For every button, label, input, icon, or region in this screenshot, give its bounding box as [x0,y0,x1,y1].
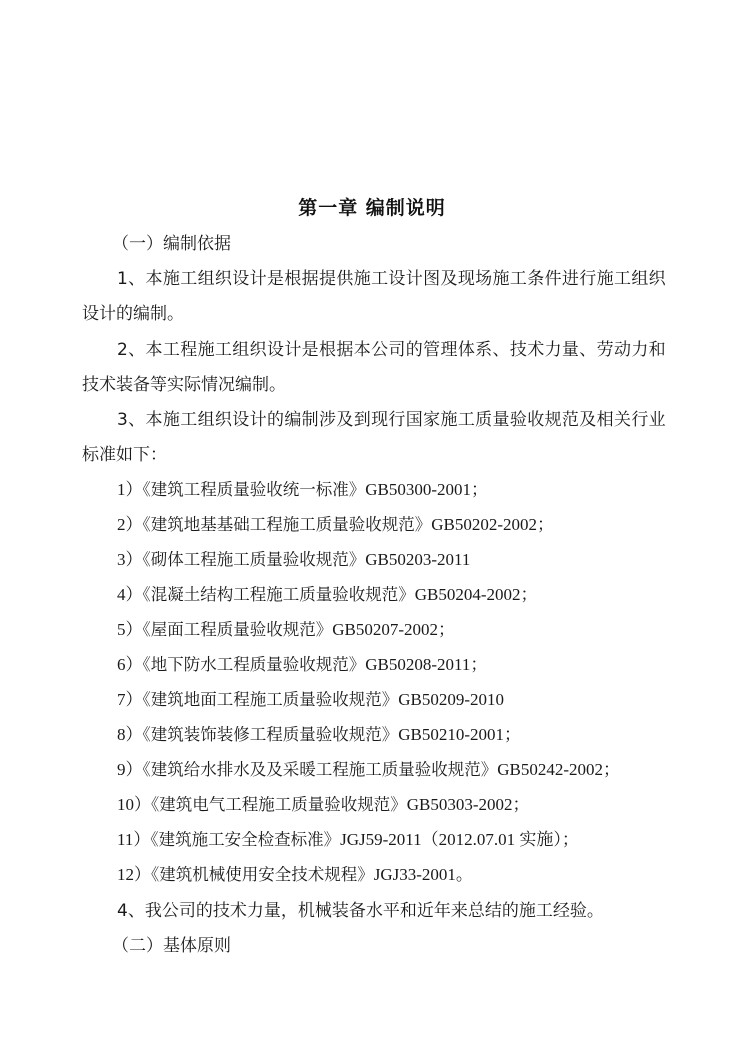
standard-number: 12） [117,865,151,884]
standard-code: GB50203-2011 [365,550,470,569]
standard-item: 5）《屋面工程质量验收规范》GB50207-2002； [117,617,717,643]
standard-number: 6） [117,655,143,674]
standard-number: 4） [117,585,143,604]
standard-name: 《屋面工程质量验收规范》 [143,620,333,639]
standard-code: GB50300-2001； [365,480,488,499]
standard-code: GB50209-2010 [398,690,504,709]
standard-item: 4）《混凝土结构工程施工质量验收规范》GB50204-2002； [117,582,717,608]
standard-name: 《混凝土结构工程施工质量验收规范》 [143,585,415,604]
standard-code: GB50210-2001； [398,725,521,744]
standard-name: 《建筑施工安全检查标准》 [150,830,340,849]
paragraph-4: 4、我公司的技术力量，机械装备水平和近年来总结的施工经验。 [117,898,717,924]
standard-code: GB50303-2002； [407,795,530,814]
standard-number: 1） [117,480,143,499]
section-heading-principles: （二）基体原则 [112,933,712,959]
standard-number: 9） [117,760,143,779]
standard-code: GB50242-2002； [497,760,620,779]
standard-name: 《建筑装饰装修工程质量验收规范》 [143,725,399,744]
standard-code: JGJ33-2001。 [374,865,473,884]
standard-number: 10） [117,795,151,814]
standard-number: 11） [117,830,150,849]
standard-code: GB50208-2011； [365,655,487,674]
standard-code: GB50207-2002； [332,620,455,639]
standard-item: 10）《建筑电气工程施工质量验收规范》GB50303-2002； [117,792,717,818]
standard-code: JGJ59-2011（2012.07.01 实施）； [340,830,579,849]
standard-item: 6）《地下防水工程质量验收规范》GB50208-2011； [117,652,717,678]
standard-item: 9）《建筑给水排水及及采暖工程施工质量验收规范》GB50242-2002； [117,757,717,783]
section-heading-basis: （一）编制依据 [112,231,712,257]
standard-number: 3） [117,550,143,569]
standard-name: 《砌体工程施工质量验收规范》 [143,550,366,569]
standard-item: 1）《建筑工程质量验收统一标准》GB50300-2001； [117,477,717,503]
paragraph-3-line-2: 标准如下： [82,442,682,468]
standard-item: 7）《建筑地面工程施工质量验收规范》GB50209-2010 [117,687,717,713]
standard-item: 2）《建筑地基基础工程施工质量验收规范》GB50202-2002； [117,512,717,538]
standard-number: 5） [117,620,143,639]
paragraph-2-line-1: 2、本工程施工组织设计是根据本公司的管理体系、技术力量、劳动力和 [117,337,717,363]
standard-name: 《建筑给水排水及及采暖工程施工质量验收规范》 [143,760,498,779]
standard-code: GB50204-2002； [415,585,538,604]
chapter-title: 第一章 编制说明 [0,194,744,222]
paragraph-1-line-1: 1、本施工组织设计是根据提供施工设计图及现场施工条件进行施工组织 [117,266,717,292]
standard-name: 《建筑地面工程施工质量验收规范》 [143,690,399,709]
standard-name: 《地下防水工程质量验收规范》 [143,655,366,674]
standard-number: 2） [117,515,143,534]
paragraph-2-line-2: 技术装备等实际情况编制。 [82,372,682,398]
paragraph-1-line-2: 设计的编制。 [82,301,682,327]
standard-item: 3）《砌体工程施工质量验收规范》GB50203-2011 [117,547,717,573]
standard-name: 《建筑工程质量验收统一标准》 [143,480,366,499]
standard-item: 8）《建筑装饰装修工程质量验收规范》GB50210-2001； [117,722,717,748]
paragraph-3-line-1: 3、本施工组织设计的编制涉及到现行国家施工质量验收规范及相关行业 [117,407,717,433]
standard-name: 《建筑地基基础工程施工质量验收规范》 [143,515,432,534]
standard-item: 12）《建筑机械使用安全技术规程》JGJ33-2001。 [117,862,717,888]
standard-name: 《建筑电气工程施工质量验收规范》 [151,795,407,814]
standard-number: 8） [117,725,143,744]
standard-name: 《建筑机械使用安全技术规程》 [151,865,374,884]
standard-code: GB50202-2002； [431,515,554,534]
standard-number: 7） [117,690,143,709]
standard-item: 11）《建筑施工安全检查标准》JGJ59-2011（2012.07.01 实施）… [117,827,717,853]
document-page: 第一章 编制说明 （一）编制依据 1、本施工组织设计是根据提供施工设计图及现场施… [0,0,744,1052]
